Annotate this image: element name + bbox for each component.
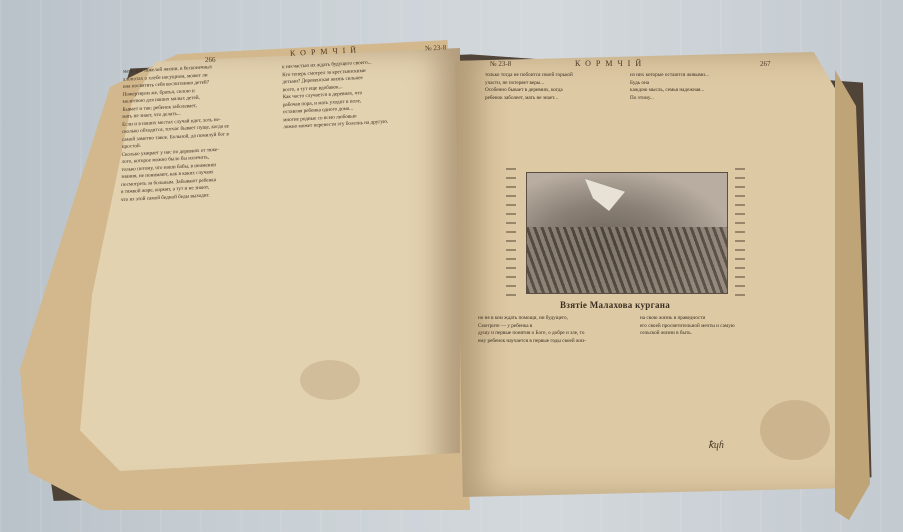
text-line: Особенно бывает в деревнях, когда bbox=[485, 87, 625, 95]
text-line: его своей просветительной мечты и самую bbox=[640, 323, 790, 331]
right-running-head: КОРМЧІЙ bbox=[575, 59, 646, 68]
text-line: сельской жизни в быть. bbox=[640, 330, 790, 338]
right-issue-label: № 23-8 bbox=[490, 60, 511, 68]
text-line: По этому... bbox=[630, 95, 770, 103]
left-issue-label: № 23-8 bbox=[425, 43, 447, 52]
text-line: участи, не потеряет веры... bbox=[485, 80, 625, 88]
soldiers-crowd bbox=[527, 227, 727, 293]
left-ornament bbox=[506, 168, 516, 303]
right-ornament bbox=[735, 168, 745, 303]
text-line: ребенок заболеет, мать не знает... bbox=[485, 95, 625, 103]
right-bottom-column-1: но не в ком ждать помощи, ни будущего, С… bbox=[478, 315, 628, 455]
left-page-number: 266 bbox=[205, 56, 216, 64]
right-top-column-1: только тогда не побоится своей горькой у… bbox=[485, 72, 625, 162]
right-top-column-2: из них которые остаются живыми... Будь о… bbox=[630, 72, 770, 162]
text-line: из них которые остаются живыми... bbox=[630, 72, 770, 80]
text-line: на свою жизнь в праведности bbox=[640, 315, 790, 323]
banner-flag bbox=[585, 179, 625, 211]
text-line: ему ребенок научается в первые годы свое… bbox=[478, 338, 628, 346]
battle-illustration bbox=[526, 172, 728, 294]
left-column-2: к несчастью их ждать будущего своего... … bbox=[282, 56, 453, 410]
open-book: 266 КОРМЧІЙ № 23-8 мать при тяжелой жизн… bbox=[0, 0, 903, 532]
text-line: Смотрите — у ребенка в bbox=[478, 323, 628, 331]
text-line: Будь она bbox=[630, 80, 770, 88]
handwritten-mark: ꝁɥɦ bbox=[708, 440, 724, 451]
text-line: только тогда не побоится своей горькой bbox=[485, 72, 625, 80]
right-page-number: 267 bbox=[760, 60, 771, 68]
left-column-1: мать при тяжелой жизни, в бесконечных хл… bbox=[117, 60, 283, 414]
text-line: каждою мысль, семья надежная... bbox=[630, 87, 770, 95]
right-bottom-column-2: на свою жизнь в праведности его своей пр… bbox=[640, 315, 790, 435]
text-line: но не в ком ждать помощи, ни будущего, bbox=[478, 315, 628, 323]
text-line: душу и первые понятия о Боге, о добре и … bbox=[478, 330, 628, 338]
illustration-caption: Взятіе Малахова кургана bbox=[560, 300, 670, 310]
